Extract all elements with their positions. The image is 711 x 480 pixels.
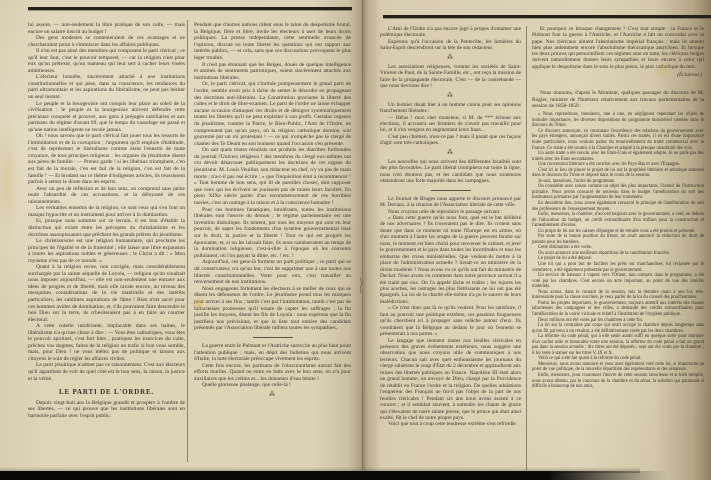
small-print-paragraph: C'est ici le lieu de placer le projet de… xyxy=(532,168,704,179)
small-print-paragraph: Parmi les projets importants, le gouvern… xyxy=(532,301,704,318)
small-print-paragraph: Un autre traité a été conclu avec les Ét… xyxy=(532,151,704,162)
page-gutter-shadow xyxy=(348,0,384,480)
newspaper-scan: lui assure, — non-seulement la libre pra… xyxy=(0,0,711,480)
paragraph: Pour ces hommes fanatiques, intolérants,… xyxy=(194,207,351,260)
paragraph: Quelle glorieuse phalange, que celle-là … xyxy=(194,382,351,389)
paragraph: Cette fois encore, les partisans de l'ob… xyxy=(194,363,351,383)
paragraph: Quant à la religion revue, non corrigée,… xyxy=(28,264,185,323)
paragraph: Espérons qu'à l'occasion de la Pentecôte… xyxy=(380,39,521,52)
short-rule-divider xyxy=(253,337,293,338)
column-1-section-paragraphs: Depuis vingt-huit ans la Belgique grandi… xyxy=(28,400,185,420)
small-print-paragraph: Une loi qui a pour but de faciliter les … xyxy=(532,262,704,273)
paragraph: Et, puisque nous sommes sur ce terrain, … xyxy=(28,218,185,238)
paragraph: lui assure, — non-seulement la libre pra… xyxy=(28,22,185,35)
column-3-items-c: Un fermier disait hier à un homme connu … xyxy=(380,102,521,147)
paragraph: Le peuple et la bourgeoisie ont conquis … xyxy=(28,101,185,134)
scanner-background-edge xyxy=(0,471,668,480)
asterism-divider: ⁂ xyxy=(380,93,521,99)
small-print-paragraph: Messieurs, nous avons annoncé et vous av… xyxy=(532,362,704,373)
paragraph: Oh ! nous savons que le parti clérical f… xyxy=(28,133,185,185)
small-print-paragraph: Un service de bateaux à vapeur vers l'Or… xyxy=(532,273,704,290)
paragraph: L'électeur honnête, sincèrement attaché … xyxy=(28,74,185,100)
paragraph: Le parti jésuitique n'admet pas ce raiso… xyxy=(28,362,185,382)
paragraph: Il n'en est pas ainsi des membres qui co… xyxy=(28,48,185,74)
paragraph: Il n'est pas étonnant que les Belges, do… xyxy=(194,62,351,82)
small-print-paragraph: Par suite de la bonne position du trésor… xyxy=(532,234,704,245)
paragraph: C'est peu chrétien, n'est-ce pas ? mais … xyxy=(380,134,521,147)
column-1-paragraphs: lui assure, — non-seulement la libre pra… xyxy=(28,22,185,382)
column-3-items-d: Les nouvelles qui nous arrivent des diff… xyxy=(380,159,521,185)
paragraph: Les nouvelles qui nous arrivent des diff… xyxy=(380,159,521,185)
column-2-paragraphs: Pendant que d'autres nations râlent sous… xyxy=(194,22,351,332)
asterism-divider: ⁂ xyxy=(380,150,521,156)
small-print-paragraph: La réforme du code pénal, qui à elle seu… xyxy=(532,334,704,356)
paragraph: Aujourd'hui, ces gens-là forment un part… xyxy=(194,259,351,285)
asterism-divider: ⁂ xyxy=(380,55,521,61)
paragraph: Le Journal de Bruges nous apporte le dis… xyxy=(380,196,521,209)
paragraph: Le langage que tiennent toutes nos feuil… xyxy=(380,338,521,422)
gutter-crease-line xyxy=(362,0,363,480)
section-heading-parti-de-l-ordre: LE PARTI DE L'ORDRE. xyxy=(28,389,185,396)
column-2: Pendant que d'autres nations râlent sous… xyxy=(194,22,351,464)
small-print-paragraph: On considère avec raison comme un objet … xyxy=(532,184,704,201)
paragraph: Voici que tout à coup cette tendresse ex… xyxy=(380,421,521,427)
small-print-paragraph: Enfin, messieurs, pour couronner l'œuvre… xyxy=(532,373,704,390)
paragraph: L'Ami de l'Ordre n'a pas encore jugé à p… xyxy=(380,26,521,39)
column-4: Et pourquoi ce brusque changement ? C'es… xyxy=(532,26,704,472)
paragraph: — Hélas ! mon cher monsieur, si M. de **… xyxy=(380,115,521,134)
column-4-intro-paragraph: Nous donnons, d'après le Moniteur, quelq… xyxy=(532,90,704,109)
paper-stain xyxy=(0,120,20,240)
paragraph: Le christianisme est une religion humani… xyxy=(28,238,185,264)
paragraph: Or, le parti clérical, qui s'intitule po… xyxy=(194,81,351,147)
small-print-paragraph: En deuxième lieu, nous avons également c… xyxy=(532,201,704,212)
paragraph: A cette coterie intolérante, implacable … xyxy=(28,323,185,362)
paragraph: Les véritables ennemis de la religion, c… xyxy=(28,205,185,218)
column-3-after-rule-paragraphs: Le Journal de Bruges nous apporte le dis… xyxy=(380,196,521,428)
left-page-column-divider xyxy=(187,20,188,462)
column-3-items-a: L'Ami de l'Ordre n'a pas encore jugé à p… xyxy=(380,26,521,52)
paragraph: Nous engageons fortement les électeurs à… xyxy=(194,286,351,332)
paragraph: Depuis vingt-huit ans la Belgique grandi… xyxy=(28,400,185,420)
paragraph: On sait quels tristes résultats ont prod… xyxy=(194,147,351,206)
small-print-paragraph: Une convention littéraire a été conclue … xyxy=(532,162,704,168)
signature-eclaireur: (Éclaireur.) xyxy=(532,72,702,78)
paragraph: La guerre entre le Piémont et l'Autriche… xyxy=(194,343,351,363)
column-3-items-b: Les associations religieuses, comme les … xyxy=(380,64,521,90)
small-print-paragraph: « Nous reprendrons, messieurs, une à une… xyxy=(532,112,704,129)
ink-squiggle-mark xyxy=(355,276,367,294)
right-page-top-rule xyxy=(383,15,711,18)
column-3: L'Ami de l'Ordre n'a pas encore jugé à p… xyxy=(380,26,521,468)
column-4-lead-paragraph: Et pourquoi ce brusque changement ? C'es… xyxy=(532,26,704,70)
right-page-column-divider xyxy=(526,26,527,472)
short-rule-divider xyxy=(431,190,471,191)
paragraph: Avec un peu de réflexion et de bon sens,… xyxy=(28,186,185,206)
column-2-after-rule-paragraphs: La guerre entre le Piémont et l'Autriche… xyxy=(194,343,351,389)
small-print-paragraph: Nous avons, dans le courant de la sessio… xyxy=(532,290,704,301)
paragraph: Les associations religieuses, comme les … xyxy=(380,64,521,90)
paragraph: Pendant que d'autres nations râlent sous… xyxy=(194,22,351,62)
paragraph: Un fermier disait hier à un homme connu … xyxy=(380,102,521,115)
small-print-paragraph: La loi sur la contrainte par corps qui a… xyxy=(532,323,704,334)
column-1: lui assure, — non-seulement la libre pra… xyxy=(28,22,185,464)
left-page-top-rule xyxy=(28,7,352,10)
column-4-small-print: « Nous reprendrons, messieurs, une à une… xyxy=(532,112,704,389)
paragraph: « Ce n'est donc pas là ce qu'ils veulent… xyxy=(380,305,521,337)
paragraph: « Dans cette guerre qu'ils nous font, qu… xyxy=(380,215,521,305)
small-print-paragraph: Enfin, messieurs, la chambre, d'accord t… xyxy=(532,212,704,229)
asterism-divider: ⁂ xyxy=(194,392,351,398)
small-print-paragraph: Ce discours annonçait, en constatant l'e… xyxy=(532,129,704,151)
paragraph: Des gens modestes se contenteraient de c… xyxy=(28,35,185,48)
